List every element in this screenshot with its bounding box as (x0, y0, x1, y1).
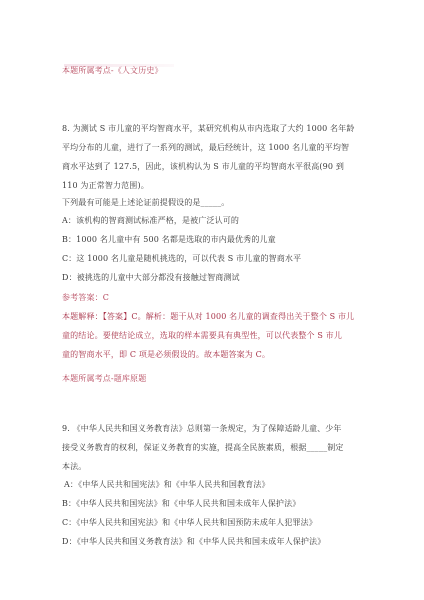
topic-heading-2: 本题所属考点-题库原题 (62, 374, 146, 384)
q9-stem-line-1: 9. 《中华人民共和国义务教育法》总则第一条规定，为了保障适龄儿童、少年 (62, 424, 342, 434)
q9-option-d: D：《中华人民共和国义务教育法》和《中华人民共和国未成年人保护法》 (62, 537, 325, 547)
q9-stem-line-2: 接受义务教育的权利，保证义务教育的实施，提高全民族素质，根据_____制定 (62, 443, 344, 453)
q8-stem-line-3: 商水平达到了 127.5，因此，该机构认为 S 市儿童的平均智商水平很高(90 … (62, 162, 344, 172)
q8-option-a: A：该机构的智商测试标准严格，是被广泛认可的 (62, 216, 239, 226)
q8-option-b: B：1000 名儿童中有 500 名都是选取的市内最优秀的儿童 (62, 235, 276, 245)
q8-stem-line-1: 8. 为测试 S 市儿童的平均智商水平，某研究机构从市内选取了大约 1000 名… (62, 124, 354, 134)
q9-stem-line-3: 本法。 (62, 462, 86, 472)
q9-option-c: C：《中华人民共和国宪法》和《中华人民共和国预防未成年人犯罪法》 (62, 518, 317, 528)
q8-option-d: D：被挑选的儿童中大部分都没有接触过智商测试 (62, 273, 240, 283)
q8-explanation-line-1: 本题解释：【答案】C。解析：题干从对 1000 名儿童的调查得出关于整个 S 市… (62, 312, 354, 322)
document-page: 本题所属考点-《人文历史》 8. 为测试 S 市儿童的平均智商水平，某研究机构从… (0, 0, 424, 600)
q8-option-c: C：这 1000 名儿童是随机挑选的，可以代表 S 市儿童的智商水平 (62, 254, 301, 264)
q8-explanation-line-3: 童的智商水平，即 C 项是必须假设的。故本题答案为 C。 (62, 350, 270, 360)
q8-stem-line-4: 110 为正常智力范围)。 (62, 181, 149, 191)
q8-explanation-line-2: 童的结论。要使结论成立，选取的样本需要具有典型性，可以代表整个 S 市儿 (62, 331, 342, 341)
q9-option-b: B：《中华人民共和国宪法》和《中华人民共和国未成年人保护法》 (62, 499, 300, 509)
topic-heading-1: 本题所属考点-《人文历史》 (62, 66, 163, 76)
q8-answer: 参考答案：C (62, 293, 109, 303)
q8-stem-line-2: 平均分布的儿童，进行了一系列的测试，最后经统计，这 1000 名儿童的平均智 (62, 143, 349, 153)
q9-option-a: A：《中华人民共和国宪法》和《中华人民共和国教育法》 (64, 480, 270, 490)
q8-prompt: 下列最有可能是上述论证前提假设的是_____。 (62, 198, 229, 208)
